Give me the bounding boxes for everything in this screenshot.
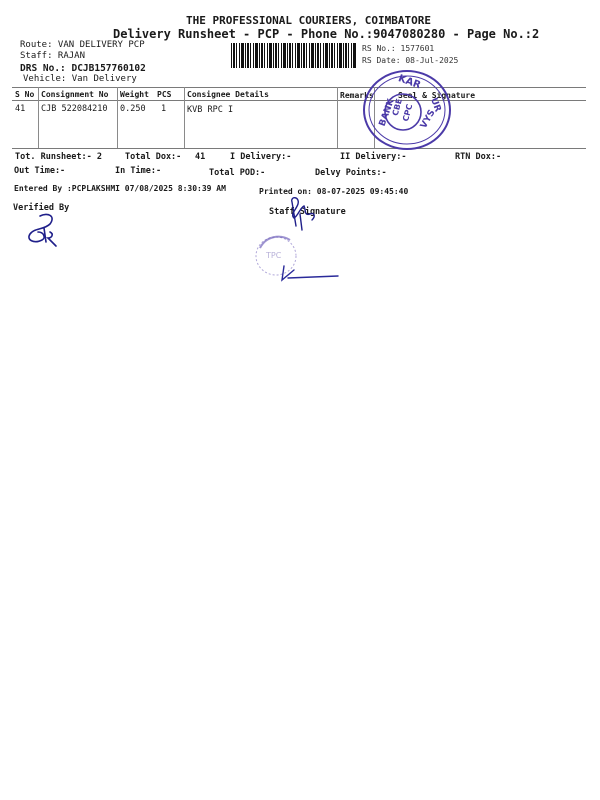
faded-stamp-signature-icon: TPC	[254, 230, 344, 290]
bank-stamp-icon: KAR UR VYS BANK CBE CPC	[361, 69, 453, 151]
col-divider	[184, 87, 185, 148]
svg-text:CPC: CPC	[401, 103, 414, 122]
total-dox-label: Total Dox:-	[125, 152, 181, 162]
tot-runsheet: Tot. Runsheet:- 2	[15, 152, 102, 162]
cell-consignment-no: CJB 522084210	[41, 104, 108, 114]
ii-delivery: II Delivery:-	[340, 152, 407, 162]
col-header-pcs: PCS	[157, 90, 171, 99]
col-header-weight: Weight	[120, 90, 149, 99]
barcode	[231, 43, 357, 68]
entered-by: Entered By :PCPLAKSHMI 07/08/2025 8:30:3…	[14, 184, 226, 193]
staff-label: Staff: RAJAN	[20, 51, 85, 61]
out-time: Out Time:-	[14, 166, 65, 176]
total-dox-value: 41	[195, 152, 205, 162]
svg-text:TPC: TPC	[265, 251, 282, 260]
cell-pcs: 1	[161, 104, 166, 114]
drs-number: DRS No.: DCJB157760102	[20, 63, 146, 74]
col-divider	[117, 87, 118, 148]
vehicle-label: Vehicle: Van Delivery	[23, 74, 137, 84]
in-time: In Time:-	[115, 166, 161, 176]
delvy-points: Delvy Points:-	[315, 168, 387, 178]
cell-consignee: KVB RPC I	[187, 105, 233, 115]
route-label: Route: VAN DELIVERY PCP	[20, 40, 145, 50]
i-delivery: I Delivery:-	[230, 152, 291, 162]
cell-weight: 0.250	[120, 104, 146, 114]
rs-number: RS No.: 1577601	[362, 44, 434, 53]
col-header-sno: S No	[15, 90, 34, 99]
total-pod: Total POD:-	[209, 168, 265, 178]
company-title: THE PROFESSIONAL COURIERS, COIMBATORE	[186, 14, 431, 27]
table-top-border	[12, 87, 586, 88]
table-header-border	[12, 100, 586, 101]
verified-signature-icon	[20, 212, 65, 252]
rs-date: RS Date: 08-Jul-2025	[362, 56, 458, 65]
table-bottom-border	[12, 148, 586, 149]
svg-text:KAR: KAR	[397, 73, 423, 91]
cell-sno: 41	[15, 104, 25, 114]
col-header-consignment: Consignment No	[41, 90, 108, 99]
col-divider	[38, 87, 39, 148]
printed-on: Printed on: 08-07-2025 09:45:40	[259, 187, 408, 196]
staff-signature-icon	[282, 196, 322, 230]
col-divider	[337, 87, 338, 148]
col-header-consignee: Consignee Details	[187, 90, 269, 99]
rtn-dox: RTN Dox:-	[455, 152, 501, 162]
runsheet-subtitle: Delivery Runsheet - PCP - Phone No.:9047…	[113, 27, 539, 41]
